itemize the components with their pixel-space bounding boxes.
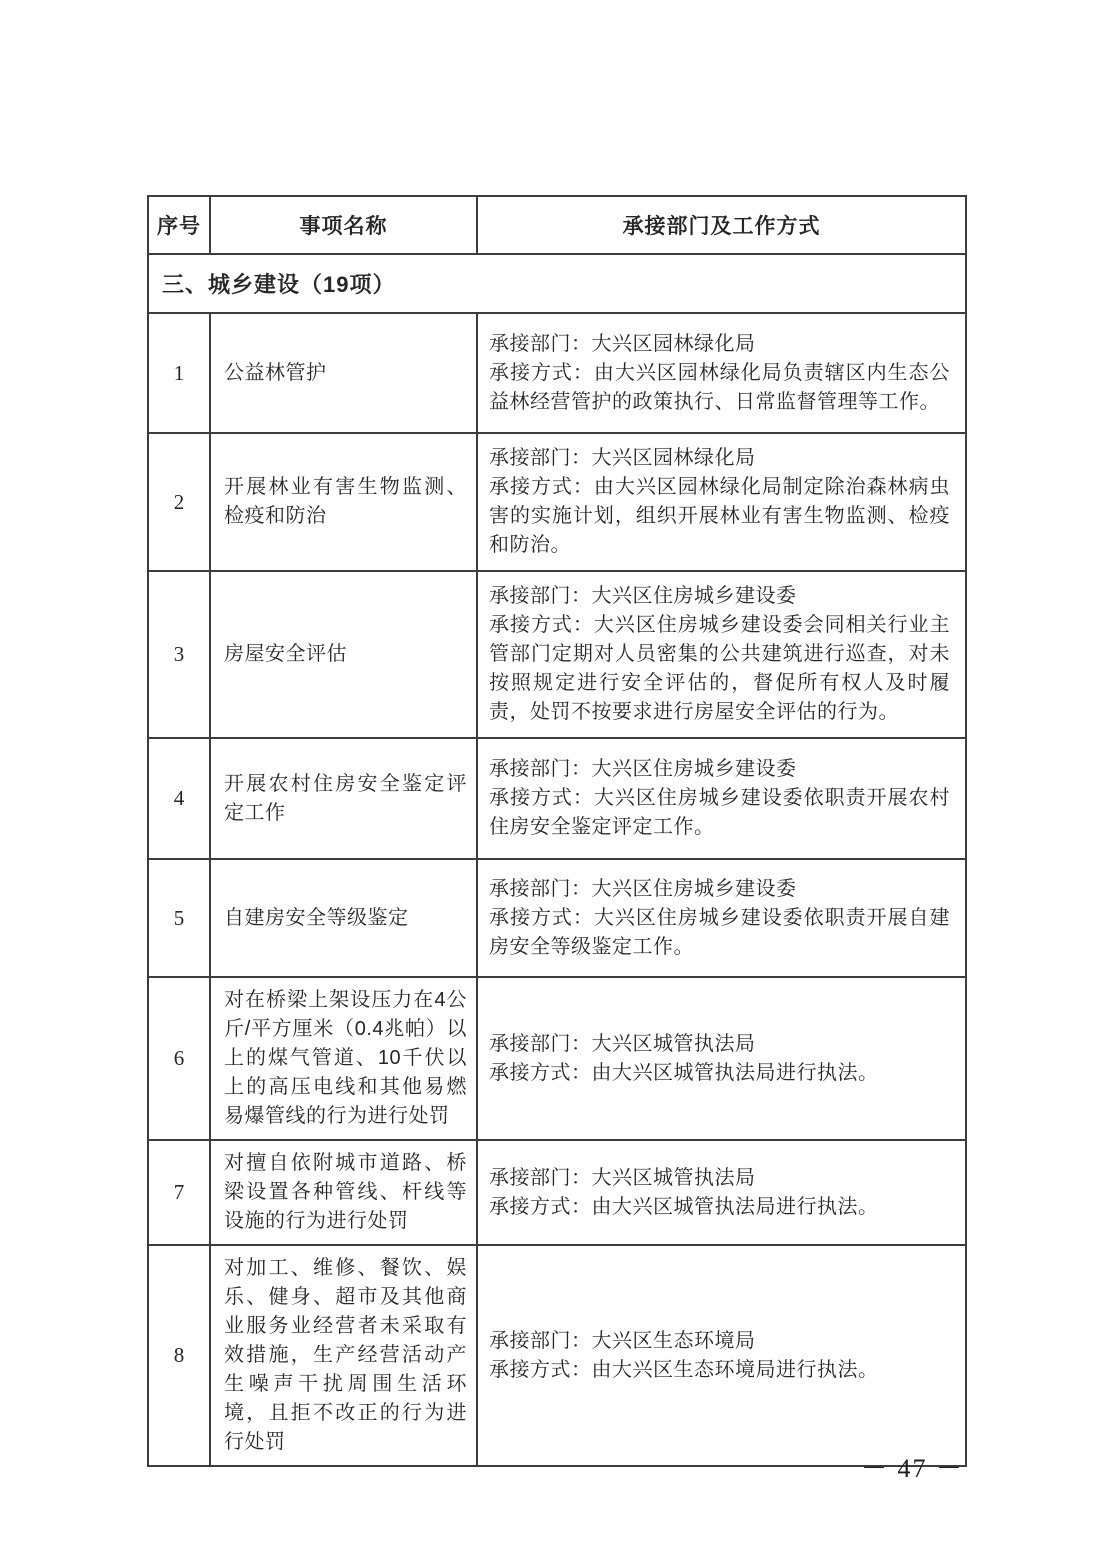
row-number: 7 — [148, 1140, 210, 1245]
column-header-no: 序号 — [148, 196, 210, 254]
item-detail: 承接部门：大兴区园林绿化局 承接方式：由大兴区园林绿化局制定除治森林病虫害的实施… — [477, 433, 966, 571]
document-page: 序号 事项名称 承接部门及工作方式 三、城乡建设（19项） 1 公益林管护 承接… — [0, 0, 1102, 1559]
row-number: 8 — [148, 1245, 210, 1466]
accepting-department: 承接部门：大兴区园林绿化局 — [489, 444, 950, 473]
accepting-department: 承接部门：大兴区住房城乡建设委 — [489, 875, 950, 904]
accepting-department: 承接部门：大兴区住房城乡建设委 — [489, 755, 950, 784]
working-method: 承接方式：由大兴区园林绿化局负责辖区内生态公益林经营管护的政策执行、日常监督管理… — [489, 359, 950, 417]
item-name: 自建房安全等级鉴定 — [210, 859, 477, 977]
table-row: 2 开展林业有害生物监测、检疫和防治 承接部门：大兴区园林绿化局 承接方式：由大… — [148, 433, 966, 571]
accepting-department: 承接部门：大兴区城管执法局 — [489, 1164, 950, 1193]
column-header-department-method: 承接部门及工作方式 — [477, 196, 966, 254]
item-name: 对在桥梁上架设压力在4公斤/平方厘米（0.4兆帕）以上的煤气管道、10千伏以上的… — [210, 977, 477, 1140]
item-name: 房屋安全评估 — [210, 571, 477, 738]
item-name: 对擅自依附城市道路、桥梁设置各种管线、杆线等设施的行为进行处罚 — [210, 1140, 477, 1245]
working-method: 承接方式：由大兴区生态环境局进行执法。 — [489, 1356, 950, 1385]
working-method: 承接方式：大兴区住房城乡建设委会同相关行业主管部门定期对人员密集的公共建筑进行巡… — [489, 611, 950, 727]
accepting-department: 承接部门：大兴区园林绿化局 — [489, 330, 950, 359]
working-method: 承接方式：由大兴区城管执法局进行执法。 — [489, 1059, 950, 1088]
items-table: 序号 事项名称 承接部门及工作方式 三、城乡建设（19项） 1 公益林管护 承接… — [147, 195, 967, 1467]
accepting-department: 承接部门：大兴区城管执法局 — [489, 1030, 950, 1059]
item-name: 公益林管护 — [210, 313, 477, 433]
item-detail: 承接部门：大兴区城管执法局 承接方式：由大兴区城管执法局进行执法。 — [477, 977, 966, 1140]
table-row: 4 开展农村住房安全鉴定评定工作 承接部门：大兴区住房城乡建设委 承接方式：大兴… — [148, 738, 966, 859]
section-title: 三、城乡建设（19项） — [148, 254, 966, 313]
table-row: 7 对擅自依附城市道路、桥梁设置各种管线、杆线等设施的行为进行处罚 承接部门：大… — [148, 1140, 966, 1245]
item-detail: 承接部门：大兴区生态环境局 承接方式：由大兴区生态环境局进行执法。 — [477, 1245, 966, 1466]
table-row: 1 公益林管护 承接部门：大兴区园林绿化局 承接方式：由大兴区园林绿化局负责辖区… — [148, 313, 966, 433]
item-name: 开展农村住房安全鉴定评定工作 — [210, 738, 477, 859]
row-number: 6 — [148, 977, 210, 1140]
accepting-department: 承接部门：大兴区住房城乡建设委 — [489, 582, 950, 611]
table-header-row: 序号 事项名称 承接部门及工作方式 — [148, 196, 966, 254]
working-method: 承接方式：大兴区住房城乡建设委依职责开展自建房安全等级鉴定工作。 — [489, 904, 950, 962]
accepting-department: 承接部门：大兴区生态环境局 — [489, 1327, 950, 1356]
item-detail: 承接部门：大兴区园林绿化局 承接方式：由大兴区园林绿化局负责辖区内生态公益林经营… — [477, 313, 966, 433]
row-number: 3 — [148, 571, 210, 738]
item-detail: 承接部门：大兴区住房城乡建设委 承接方式：大兴区住房城乡建设委依职责开展自建房安… — [477, 859, 966, 977]
column-header-item-name: 事项名称 — [210, 196, 477, 254]
item-detail: 承接部门：大兴区城管执法局 承接方式：由大兴区城管执法局进行执法。 — [477, 1140, 966, 1245]
row-number: 1 — [148, 313, 210, 433]
item-name: 开展林业有害生物监测、检疫和防治 — [210, 433, 477, 571]
item-detail: 承接部门：大兴区住房城乡建设委 承接方式：大兴区住房城乡建设委依职责开展农村住房… — [477, 738, 966, 859]
row-number: 2 — [148, 433, 210, 571]
item-detail: 承接部门：大兴区住房城乡建设委 承接方式：大兴区住房城乡建设委会同相关行业主管部… — [477, 571, 966, 738]
item-name: 对加工、维修、餐饮、娱乐、健身、超市及其他商业服务业经营者未采取有效措施，生产经… — [210, 1245, 477, 1466]
row-number: 5 — [148, 859, 210, 977]
table-row: 6 对在桥梁上架设压力在4公斤/平方厘米（0.4兆帕）以上的煤气管道、10千伏以… — [148, 977, 966, 1140]
working-method: 承接方式：由大兴区城管执法局进行执法。 — [489, 1193, 950, 1222]
working-method: 承接方式：由大兴区园林绿化局制定除治森林病虫害的实施计划，组织开展林业有害生物监… — [489, 473, 950, 560]
table-row: 8 对加工、维修、餐饮、娱乐、健身、超市及其他商业服务业经营者未采取有效措施，生… — [148, 1245, 966, 1466]
page-number: － 47 － — [861, 1448, 964, 1485]
working-method: 承接方式：大兴区住房城乡建设委依职责开展农村住房安全鉴定评定工作。 — [489, 784, 950, 842]
table-row: 5 自建房安全等级鉴定 承接部门：大兴区住房城乡建设委 承接方式：大兴区住房城乡… — [148, 859, 966, 977]
table-row: 3 房屋安全评估 承接部门：大兴区住房城乡建设委 承接方式：大兴区住房城乡建设委… — [148, 571, 966, 738]
row-number: 4 — [148, 738, 210, 859]
section-title-row: 三、城乡建设（19项） — [148, 254, 966, 313]
